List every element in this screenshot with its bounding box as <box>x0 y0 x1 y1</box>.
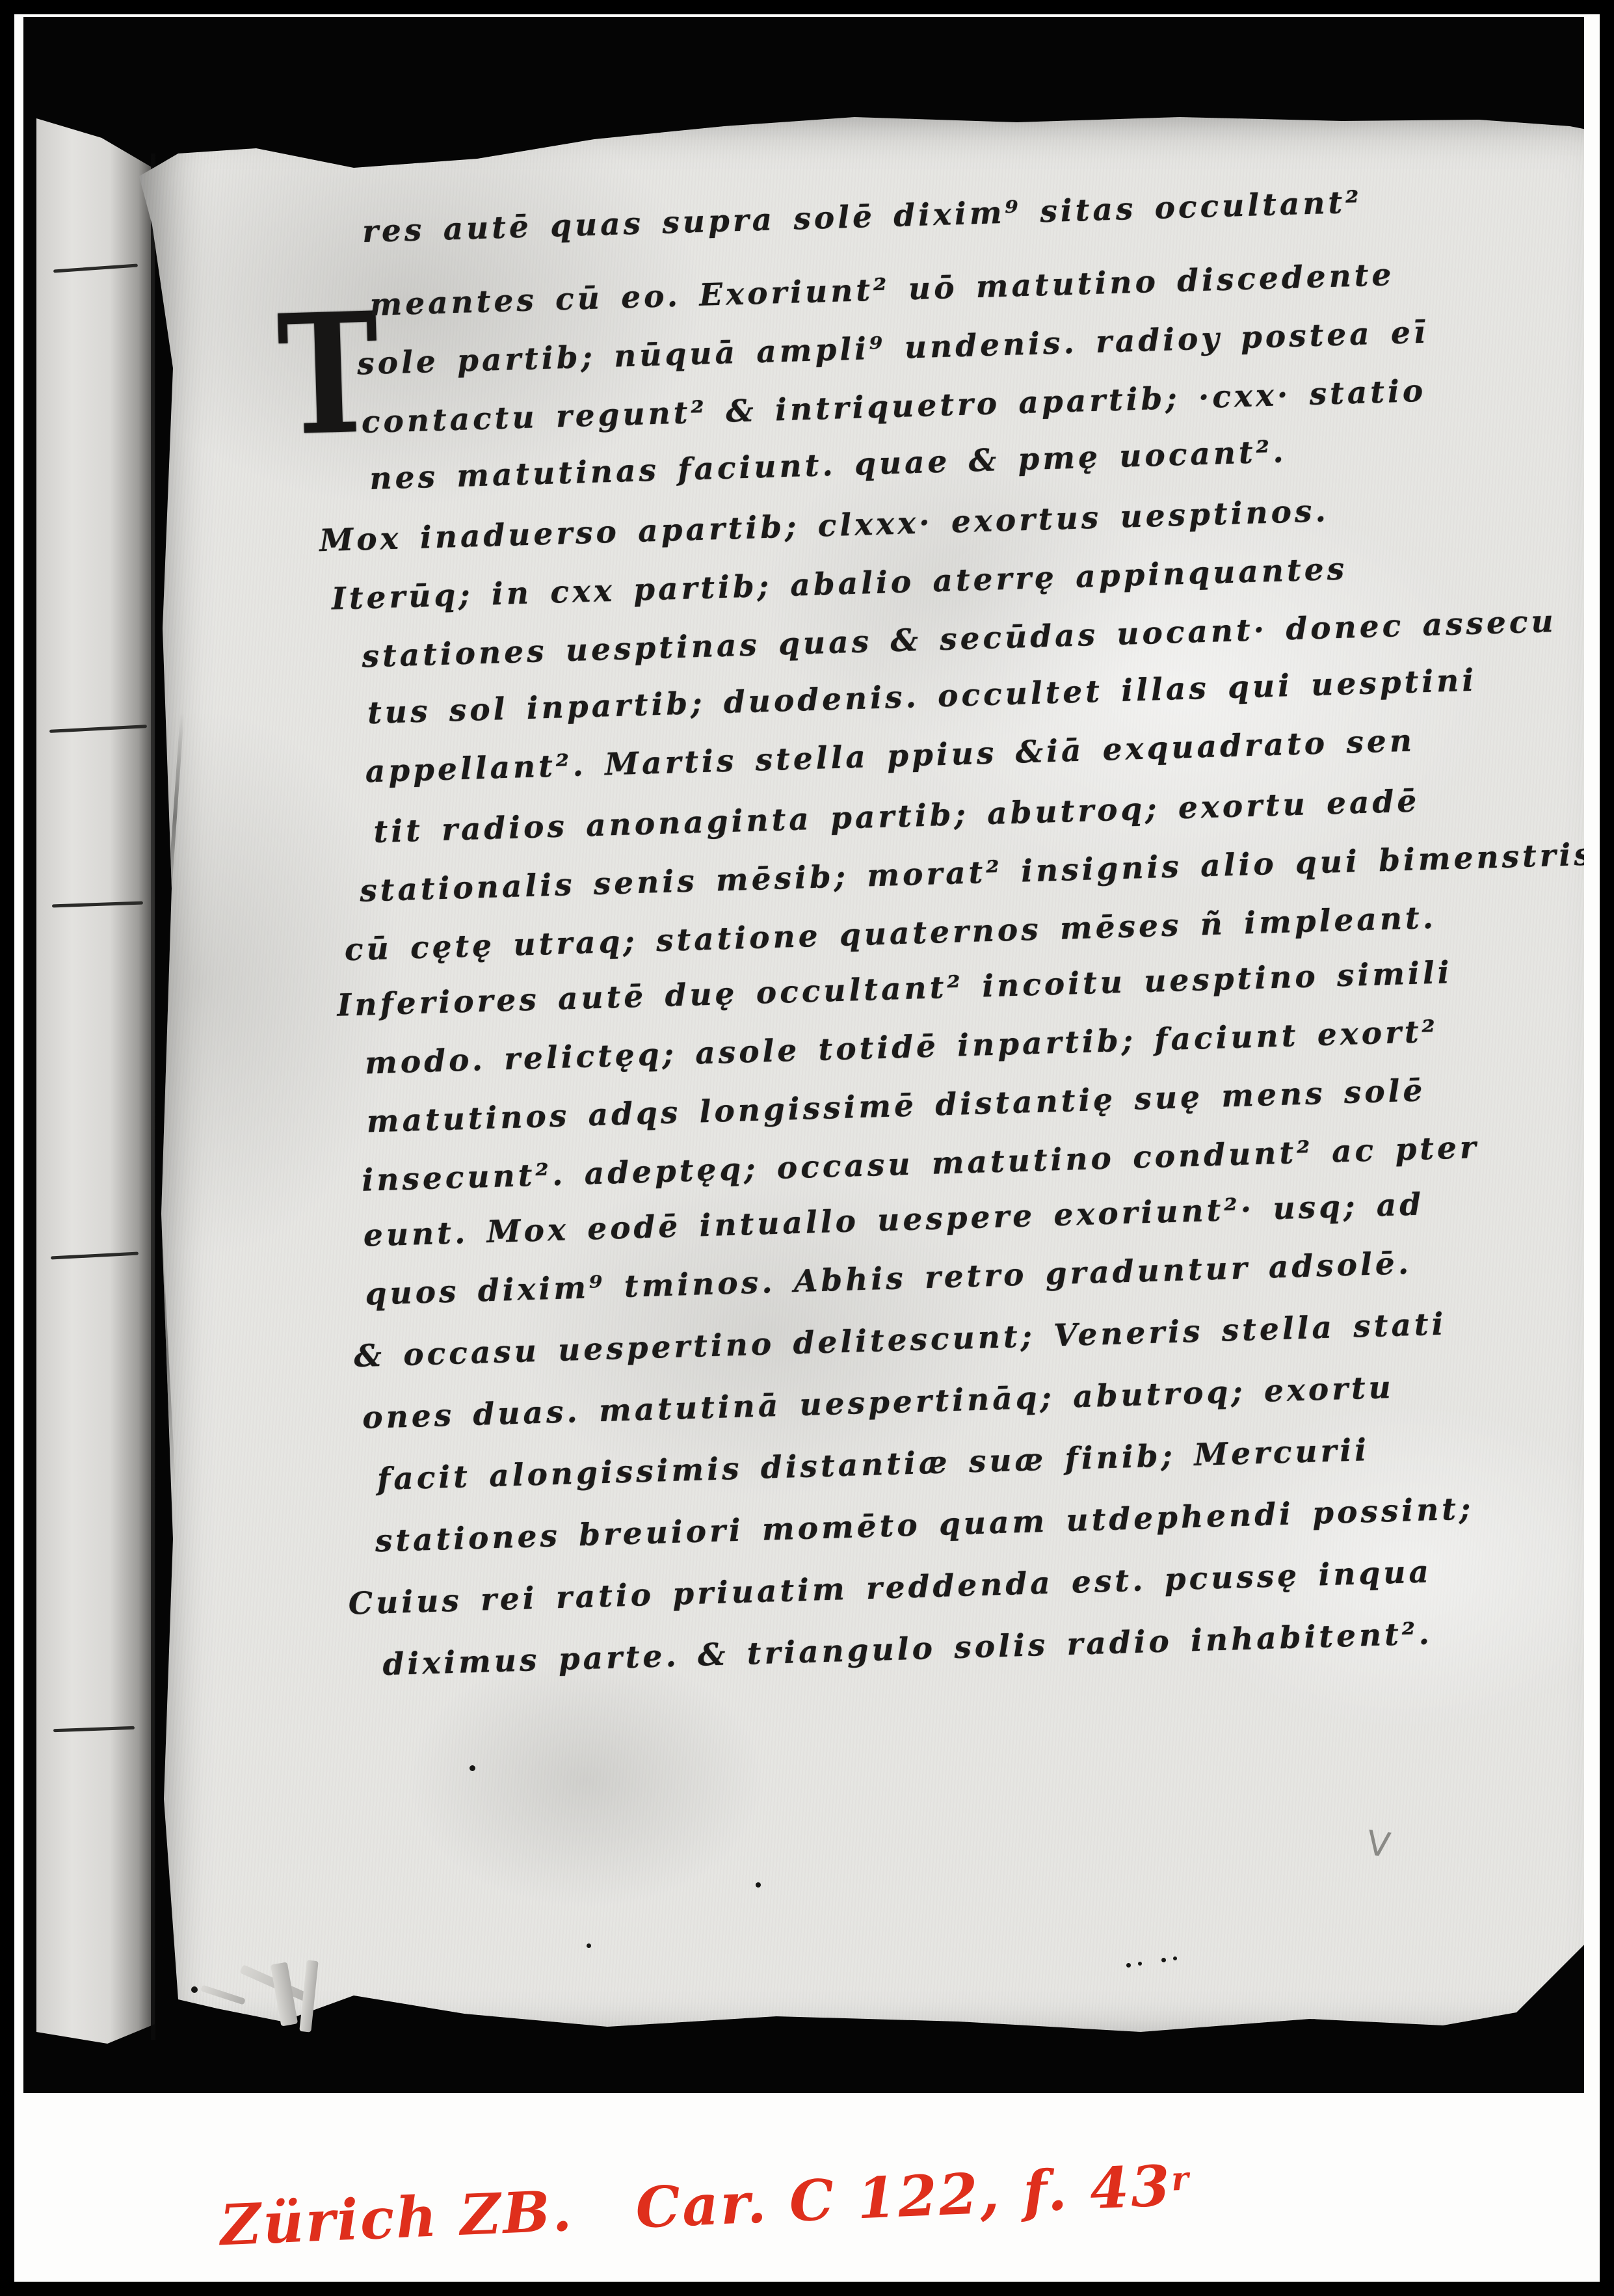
manuscript-line: tit radios anonaginta partib; abutroq; e… <box>373 783 1420 850</box>
manuscript-line: Mox inaduerso apartib; clxxx· exortus ue… <box>319 493 1329 559</box>
manuscript-line: facit alongissimis distantiæ suæ finib; … <box>377 1432 1370 1497</box>
ink-speck <box>1161 1958 1166 1962</box>
caption-folio-side: r <box>1171 2159 1191 2198</box>
manuscript-line: & occasu uespertino delitescunt; Veneris… <box>354 1306 1448 1374</box>
manuscript-line: tus sol inpartib; duodenis. occultet ill… <box>367 663 1477 732</box>
ink-speck <box>1173 1956 1177 1960</box>
ink-speck <box>1126 1963 1131 1968</box>
ink-speck <box>1138 1962 1142 1966</box>
manuscript-line: sole partib; nūquā ampli⁹ undenis. radio… <box>356 315 1429 382</box>
manuscript-line: Inferiores autē duę occultant² incoitu u… <box>337 955 1453 1024</box>
gutter-crease <box>151 154 155 2040</box>
ink-speck <box>470 1765 475 1771</box>
manuscript-line: quos dixim⁹ tminos. Abhis retro graduntu… <box>365 1246 1412 1313</box>
manuscript-line: meantes cū eo. Exoriunt² uō matutino dis… <box>369 257 1395 323</box>
facing-page-edge <box>36 95 155 2044</box>
manuscript-line: stationes uesptinas quas & secūdas uocan… <box>362 604 1557 674</box>
manuscript-line: Iterūq; in cxx partib; abalio aterrę app… <box>331 551 1348 617</box>
manuscript-line: appellant². Martis stella ppius &iā exqu… <box>365 723 1416 790</box>
scanned-photograph: T res autē quas supra solē dixim⁹ sitas … <box>0 0 1614 2296</box>
manuscript-line: res autē quas supra solē dixim⁹ sitas oc… <box>362 185 1362 250</box>
manuscript-page: T res autē quas supra solē dixim⁹ sitas … <box>139 108 1584 2053</box>
ink-speck <box>1308 2019 1319 2030</box>
photo-black-background: T res autē quas supra solē dixim⁹ sitas … <box>23 17 1584 2093</box>
text-block: T res autē quas supra solē dixim⁹ sitas … <box>111 70 1584 2059</box>
ink-speck <box>191 1986 198 1993</box>
manuscript-line: Cuius rei ratio priuatim reddenda est. p… <box>348 1554 1433 1622</box>
manuscript-line: ones duas. matutinā uespertināq; abutroq… <box>362 1370 1394 1436</box>
manuscript-line: eunt. Mox eodē intuallo uespere exoriunt… <box>363 1186 1425 1253</box>
manuscript-line: matutinos adqs longissimē distantię suę … <box>366 1073 1426 1140</box>
manuscript-line: diximus parte. & triangulo solis radio i… <box>382 1616 1433 1683</box>
ink-speck <box>587 1943 591 1948</box>
manuscript-line: nes matutinas faciunt. quae & pmę uocant… <box>369 434 1288 497</box>
caption-folio-ref: f. 43 <box>1022 2153 1173 2224</box>
manuscript-line: cū cętę utraq; statione quaternos mēses … <box>344 900 1437 968</box>
ink-speck <box>756 1882 761 1888</box>
manuscript-line: stationalis senis mēsib; morat² insignis… <box>359 836 1584 909</box>
manuscript-line: stationes breuiori momēto quam utdephend… <box>375 1491 1474 1559</box>
manuscript-line: insecunt². adeptęq; occasu matutino cond… <box>362 1130 1480 1199</box>
manuscript-line: modo. relictęq; asole totidē inpartib; f… <box>364 1014 1439 1082</box>
manuscript-line: contactu regunt² & intriquetro apartib; … <box>361 373 1427 441</box>
